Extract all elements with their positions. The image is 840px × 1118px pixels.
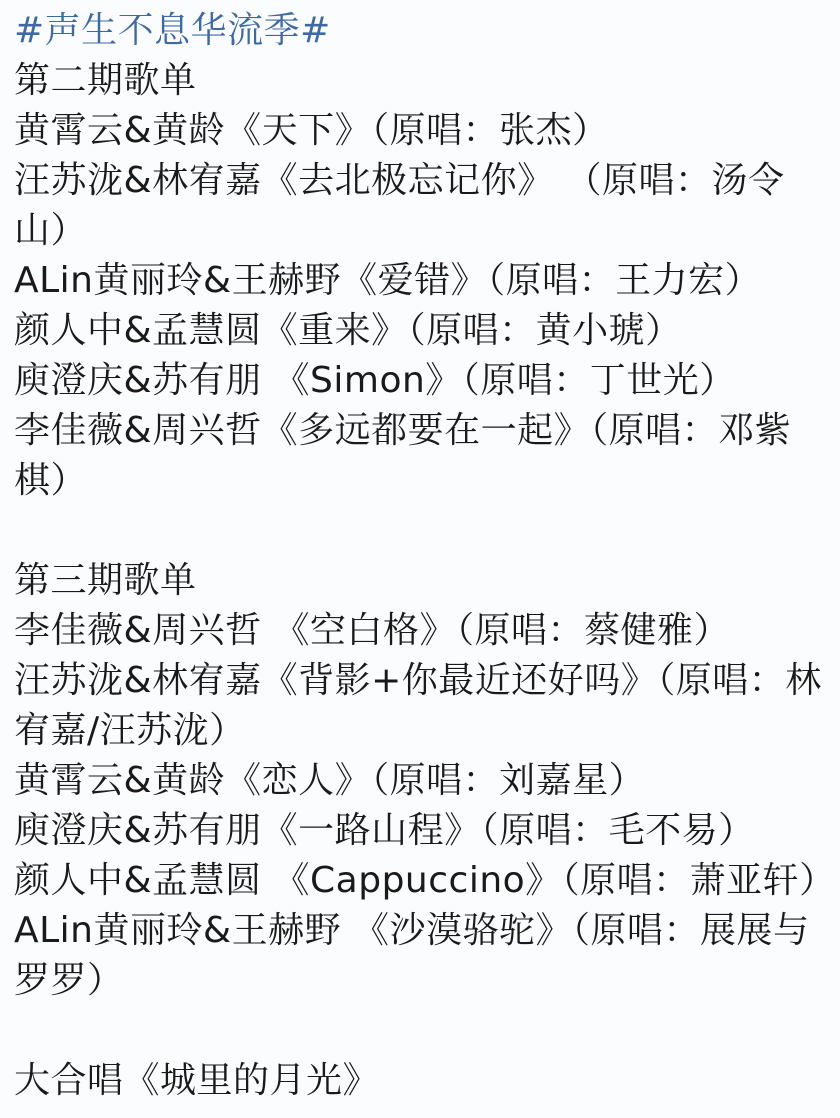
song-line-wrap: 棋） [14,456,834,506]
section-title-episode-2: 第二期歌单 [14,56,834,106]
song-line: 庾澄庆&苏有朋《一路山程》（原唱：毛不易） [14,806,834,856]
song-line: 李佳薇&周兴哲 《空白格》（原唱：蔡健雅） [14,606,834,656]
song-line: 黄霄云&黄龄《天下》（原唱：张杰） [14,106,834,156]
song-line-wrap: 罗罗） [14,956,834,1006]
song-line: 黄霄云&黄龄《恋人》（原唱：刘嘉星） [14,756,834,806]
song-line: 李佳薇&周兴哲《多远都要在一起》（原唱：邓紫 [14,406,834,456]
song-line: 颜人中&孟慧圆 《Cappuccino》（原唱：萧亚轩） [14,856,834,906]
post-content: #声生不息华流季# 第二期歌单 黄霄云&黄龄《天下》（原唱：张杰） 汪苏泷&林宥… [0,0,834,1106]
hashtag-link[interactable]: #声生不息华流季# [14,6,834,56]
spacer [14,506,834,556]
song-line: ALin黄丽玲&王赫野 《沙漠骆驼》（原唱：展展与 [14,906,834,956]
spacer [14,1006,834,1056]
finale-chorus: 大合唱《城里的月光》 [14,1056,834,1106]
song-line: 汪苏泷&林宥嘉《去北极忘记你》 （原唱：汤令 [14,156,834,206]
song-line-wrap: 宥嘉/汪苏泷） [14,706,834,756]
song-line-wrap: 山） [14,206,834,256]
song-line: 庾澄庆&苏有朋 《Simon》（原唱：丁世光） [14,356,834,406]
section-title-episode-3: 第三期歌单 [14,556,834,606]
song-line: ALin黄丽玲&王赫野《爱错》（原唱：王力宏） [14,256,834,306]
song-line: 汪苏泷&林宥嘉《背影+你最近还好吗》（原唱：林 [14,656,834,706]
song-line: 颜人中&孟慧圆《重来》（原唱：黄小琥） [14,306,834,356]
